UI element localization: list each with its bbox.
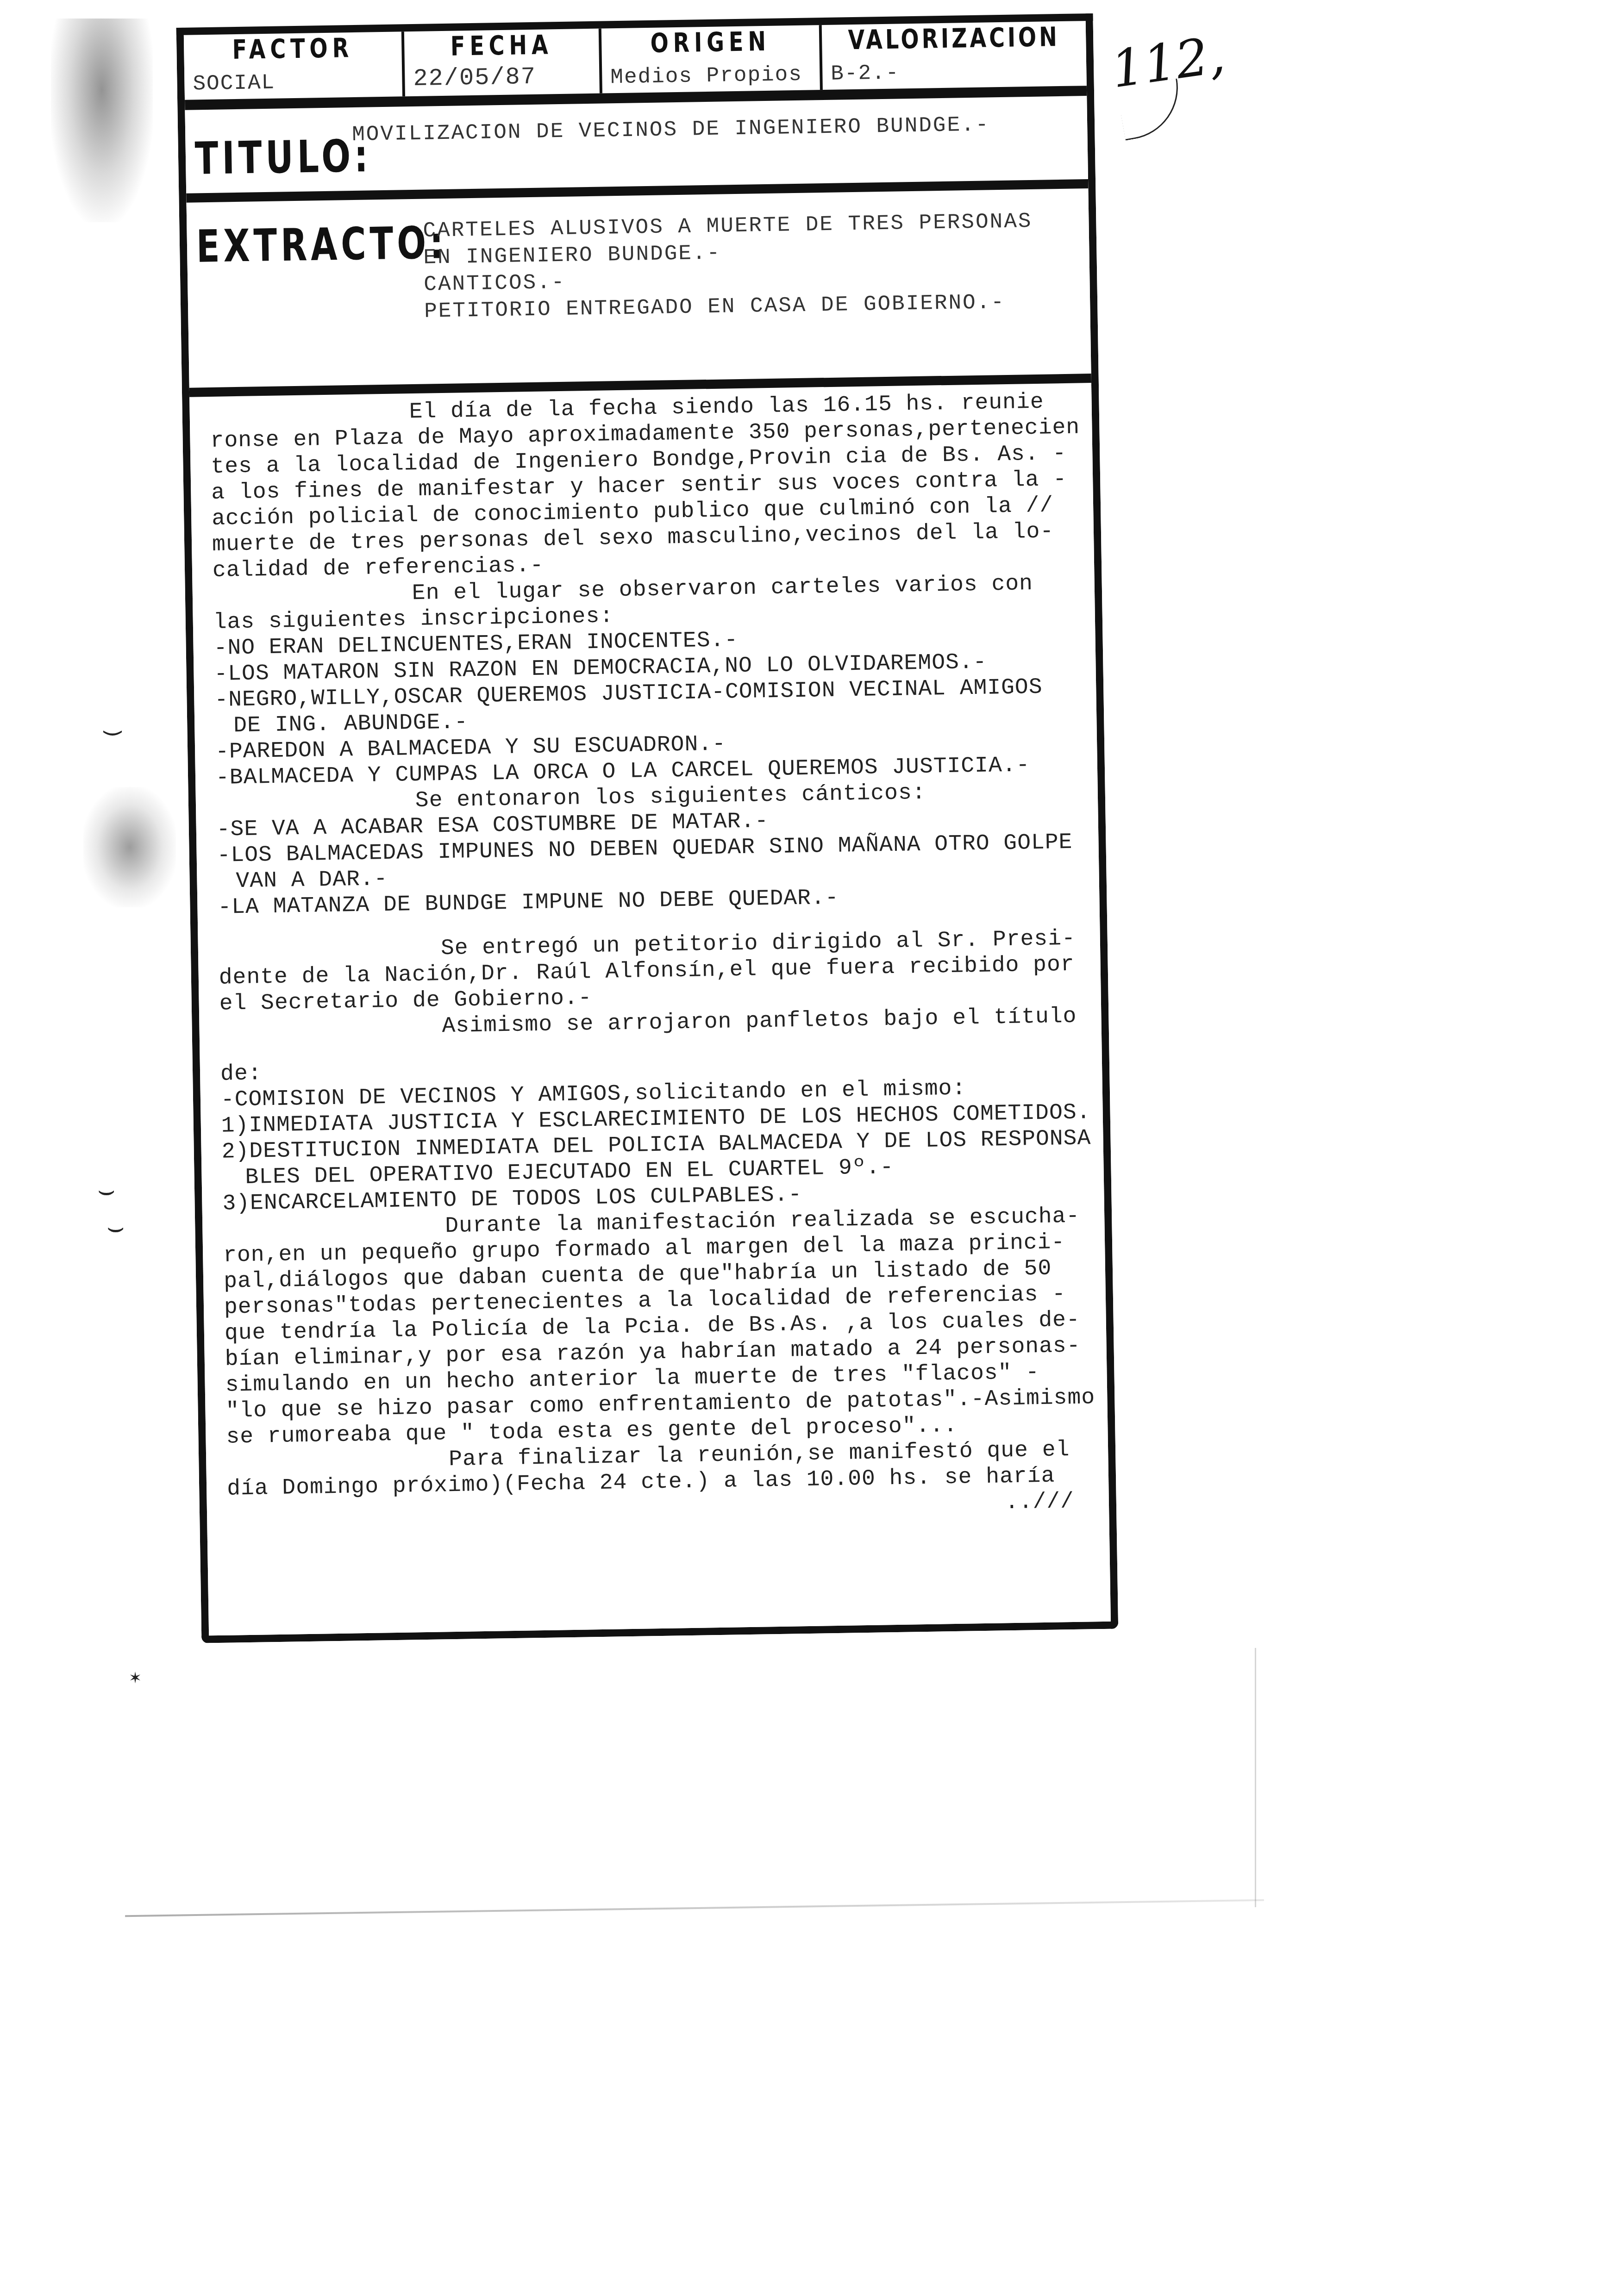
titulo-label: TITULO: [194,130,372,185]
valorizacion-value: B-2.- [831,61,900,86]
titulo-section: TITULO: MOVILIZACION DE VECINOS DE INGEN… [185,96,1088,203]
origen-value: Medios Propios [610,62,802,90]
valorizacion-label: VALORIZACION [822,20,1086,56]
fecha-value: 22/05/87 [413,63,537,93]
extracto-label: EXTRACTO: [196,217,447,273]
extracto-section: EXTRACTO: CARTELES ALUSIVOS A MUERTE DE … [187,188,1091,397]
factor-value: SOCIAL [193,71,275,96]
margin-mark: ⌣ [106,1213,125,1245]
report-form: FACTOR SOCIAL FECHA 22/05/87 ORIGEN Medi… [176,0,1118,1643]
extracto-lines: CARTELES ALUSIVOS A MUERTE DE TRES PERSO… [423,208,1033,325]
titulo-text: MOVILIZACION DE VECINOS DE INGENIERO BUN… [352,111,990,148]
scanned-page: 112, ‿ ⌣ ⌣ ✶ FACTOR SOCIAL FECHA 22/05/8… [0,0,1615,2296]
page-edge-shadow [1255,1648,1256,1907]
header-valorizacion: VALORIZACION B-2.- [822,21,1087,90]
report-body: El día de la fecha siendo las 16.15 hs. … [210,389,1089,1528]
page-edge-shadow [125,1899,1264,1917]
fecha-label: FECHA [404,28,599,62]
header-origen: ORIGEN Medios Propios [601,25,823,93]
margin-mark: ‿ [104,704,121,738]
origen-label: ORIGEN [601,25,820,59]
margin-mark: ✶ [130,1666,141,1689]
margin-mark: ⌣ [97,1176,115,1208]
scan-smudge [51,19,153,222]
header-fecha: FECHA 22/05/87 [404,29,602,97]
scan-smudge [83,787,176,907]
form-header: FACTOR SOCIAL FECHA 22/05/87 ORIGEN Medi… [184,21,1087,110]
header-factor: FACTOR SOCIAL [184,31,405,100]
handwritten-arrow-icon [1116,78,1186,140]
factor-label: FACTOR [184,31,402,66]
